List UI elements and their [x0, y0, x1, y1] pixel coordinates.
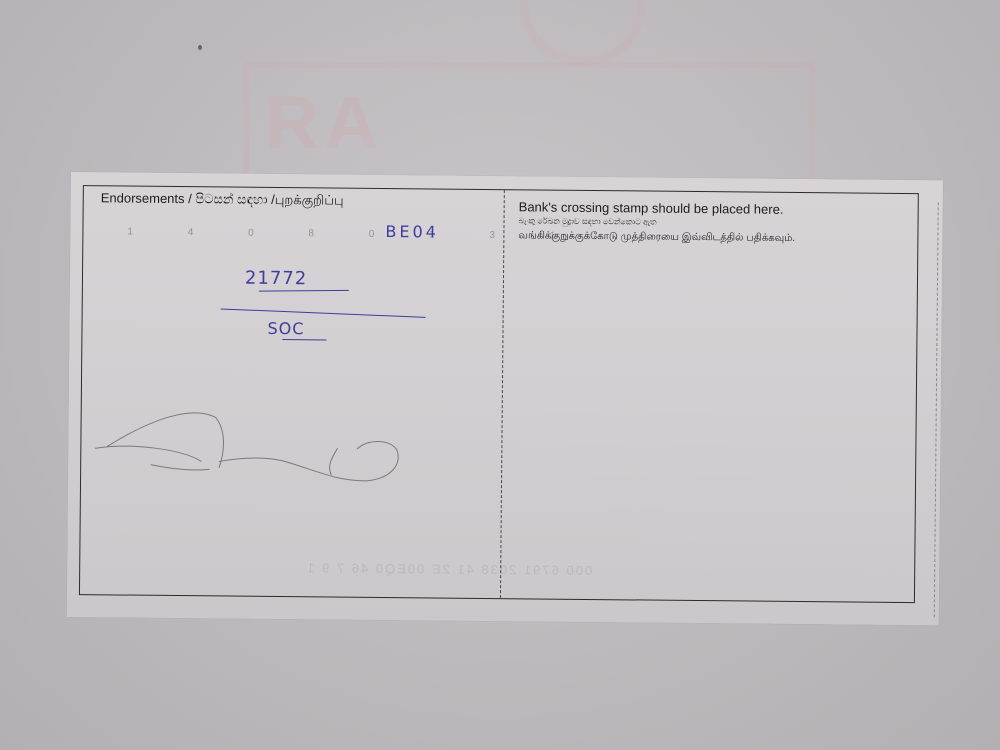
endorsements-section: Endorsements / පිටසන් සඳහා /புறக்குறிப்ப…: [80, 186, 504, 598]
cheque-frame: Endorsements / පිටසන් සඳහා /புறக்குறிப்ப…: [79, 185, 919, 603]
signature-scribble: [91, 408, 412, 501]
numerator-underline: [259, 290, 349, 292]
endorsements-label: Endorsements / පිටසන් සඳහා /புறக்குறிப்ப…: [101, 190, 344, 209]
crossing-stamp-instruction-tamil: வங்கிக்குறுக்குக்கோடு முத்திரையை இவ்விடத…: [518, 230, 795, 245]
crossing-stamp-instruction-english: Bank's crossing stamp should be placed h…: [519, 199, 784, 217]
bleed-through-circle: [520, 0, 646, 66]
handwritten-fraction-line: [221, 308, 426, 317]
crossing-stamp-instruction-sinhala: බැංකු රේඛන මුද්‍රාව සඳහා වෙන්කොට ඇත: [518, 216, 656, 227]
dust-speck: [198, 45, 202, 50]
denominator-underline: [282, 339, 326, 340]
handwritten-code: BE04: [385, 222, 439, 242]
handwritten-denominator: SOC: [267, 319, 304, 338]
crossing-stamp-section: Bank's crossing stamp should be placed h…: [500, 190, 918, 602]
bleed-through-micr-line: 000 6791 2038 41 2E 00EQ0 46 7 9 1: [305, 560, 592, 578]
cheque-back: Endorsements / පිටසන් සඳහා /புறக்குறிப்ப…: [67, 172, 943, 625]
bleed-through-logo: RA: [265, 80, 384, 165]
perforation-edge: [934, 202, 939, 617]
handwritten-numerator: 21772: [245, 268, 307, 290]
